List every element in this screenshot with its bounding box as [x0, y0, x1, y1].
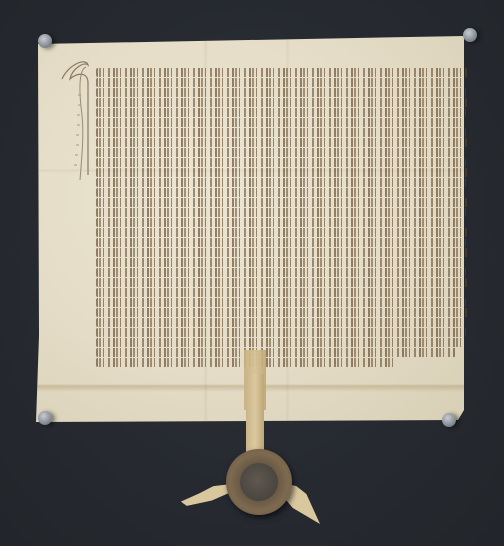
pin-top-right	[463, 28, 477, 42]
pin-top-left	[38, 34, 52, 48]
wax-seal	[226, 449, 292, 515]
handwritten-text-block	[96, 66, 468, 362]
seal-impression	[240, 463, 278, 501]
pin-bottom-left	[38, 411, 52, 425]
decorated-initial-letter	[58, 55, 94, 185]
pin-bottom-right	[442, 413, 456, 427]
